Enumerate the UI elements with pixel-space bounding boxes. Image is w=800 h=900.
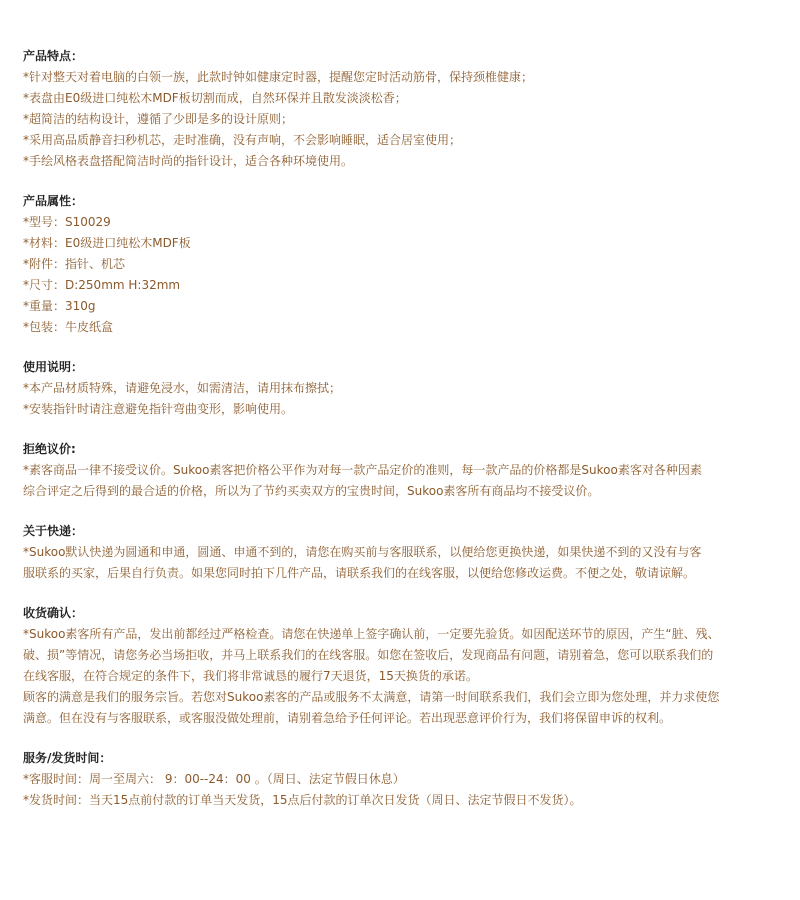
feature-line: *表盘由E0级进口纯松木MDF板切割而成，自然环保并且散发淡淡松香； [23,88,743,109]
receipt-line: 顾客的满意是我们的服务宗旨。若您对Sukoo素客的产品或服务不太满意，请第一时间… [23,687,743,708]
feature-line: *超简洁的结构设计，遵循了少即是多的设计原则； [23,109,743,130]
attribute-size: *尺寸：D:250mm H:32mm [23,275,743,296]
usage-line: *本产品材质特殊，请避免浸水，如需清洁，请用抹布擦拭； [23,378,743,399]
section-attributes: 产品属性： *型号：S10029 *材料：E0级进口纯松木MDF板 *附件：指针… [23,191,743,338]
section-heading: 关于快递： [23,521,743,542]
attribute-material: *材料：E0级进口纯松木MDF板 [23,233,743,254]
service-hours-line: *客服时间：周一至周六： 9：00--24：00 。（周日、法定节假日休息） [23,769,743,790]
receipt-line: 满意。但在没有与客服联系，或客服没做处理前，请别着急给予任何评论。若出现恶意评价… [23,708,743,729]
shipping-hours-line: *发货时间：当天15点前付款的订单当天发货，15点后付款的订单次日发货（周日、法… [23,790,743,811]
receipt-line: 破、损”等情况，请您务必当场拒收，并马上联系我们的在线客服。如您在签收后，发现商… [23,645,743,666]
feature-line: *手绘风格表盘搭配简洁时尚的指针设计，适合各种环境使用。 [23,151,743,172]
receipt-line: *Sukoo素客所有产品，发出前都经过严格检查。请您在快递单上签字确认前，一定要… [23,624,743,645]
policy-line: 综合评定之后得到的最合适的价格，所以为了节约买卖双方的宝贵时间，Sukoo素客所… [23,481,743,502]
section-heading: 产品属性： [23,191,743,212]
feature-line: *针对整天对着电脑的白领一族，此款时钟如健康定时器，提醒您定时活动筋骨，保持颈椎… [23,67,743,88]
attribute-model: *型号：S10029 [23,212,743,233]
section-receipt-confirmation: 收货确认： *Sukoo素客所有产品，发出前都经过严格检查。请您在快递单上签字确… [23,603,743,729]
section-heading: 收货确认： [23,603,743,624]
attribute-weight: *重量：310g [23,296,743,317]
shipping-line: *Sukoo默认快递为圆通和申通，圆通、申通不到的，请您在购买前与客服联系，以便… [23,542,743,563]
product-description: 产品特点： *针对整天对着电脑的白领一族，此款时钟如健康定时器，提醒您定时活动筋… [23,46,743,830]
section-heading: 拒绝议价: [23,439,743,460]
usage-line: *安装指针时请注意避免指针弯曲变形，影响使用。 [23,399,743,420]
section-features: 产品特点： *针对整天对着电脑的白领一族，此款时钟如健康定时器，提醒您定时活动筋… [23,46,743,172]
attribute-packaging: *包装：牛皮纸盒 [23,317,743,338]
feature-line: *采用高品质静音扫秒机芯，走时准确，没有声响，不会影响睡眠，适合居室使用； [23,130,743,151]
section-no-bargaining: 拒绝议价: *素客商品一律不接受议价。Sukoo素客把价格公平作为对每一款产品定… [23,439,743,502]
shipping-line: 服联系的买家，后果自行负责。如果您同时拍下几件产品，请联系我们的在线客服，以便给… [23,563,743,584]
section-heading: 产品特点： [23,46,743,67]
receipt-line: 在线客服，在符合规定的条件下，我们将非常诚恳的履行7天退货，15天换货的承诺。 [23,666,743,687]
section-shipping: 关于快递： *Sukoo默认快递为圆通和申通，圆通、申通不到的，请您在购买前与客… [23,521,743,584]
section-heading: 使用说明： [23,357,743,378]
section-service-hours: 服务/发货时间： *客服时间：周一至周六： 9：00--24：00 。（周日、法… [23,748,743,811]
section-usage: 使用说明： *本产品材质特殊，请避免浸水，如需清洁，请用抹布擦拭； *安装指针时… [23,357,743,420]
policy-line: *素客商品一律不接受议价。Sukoo素客把价格公平作为对每一款产品定价的准则，每… [23,460,743,481]
section-heading: 服务/发货时间： [23,748,743,769]
attribute-accessories: *附件：指针、机芯 [23,254,743,275]
